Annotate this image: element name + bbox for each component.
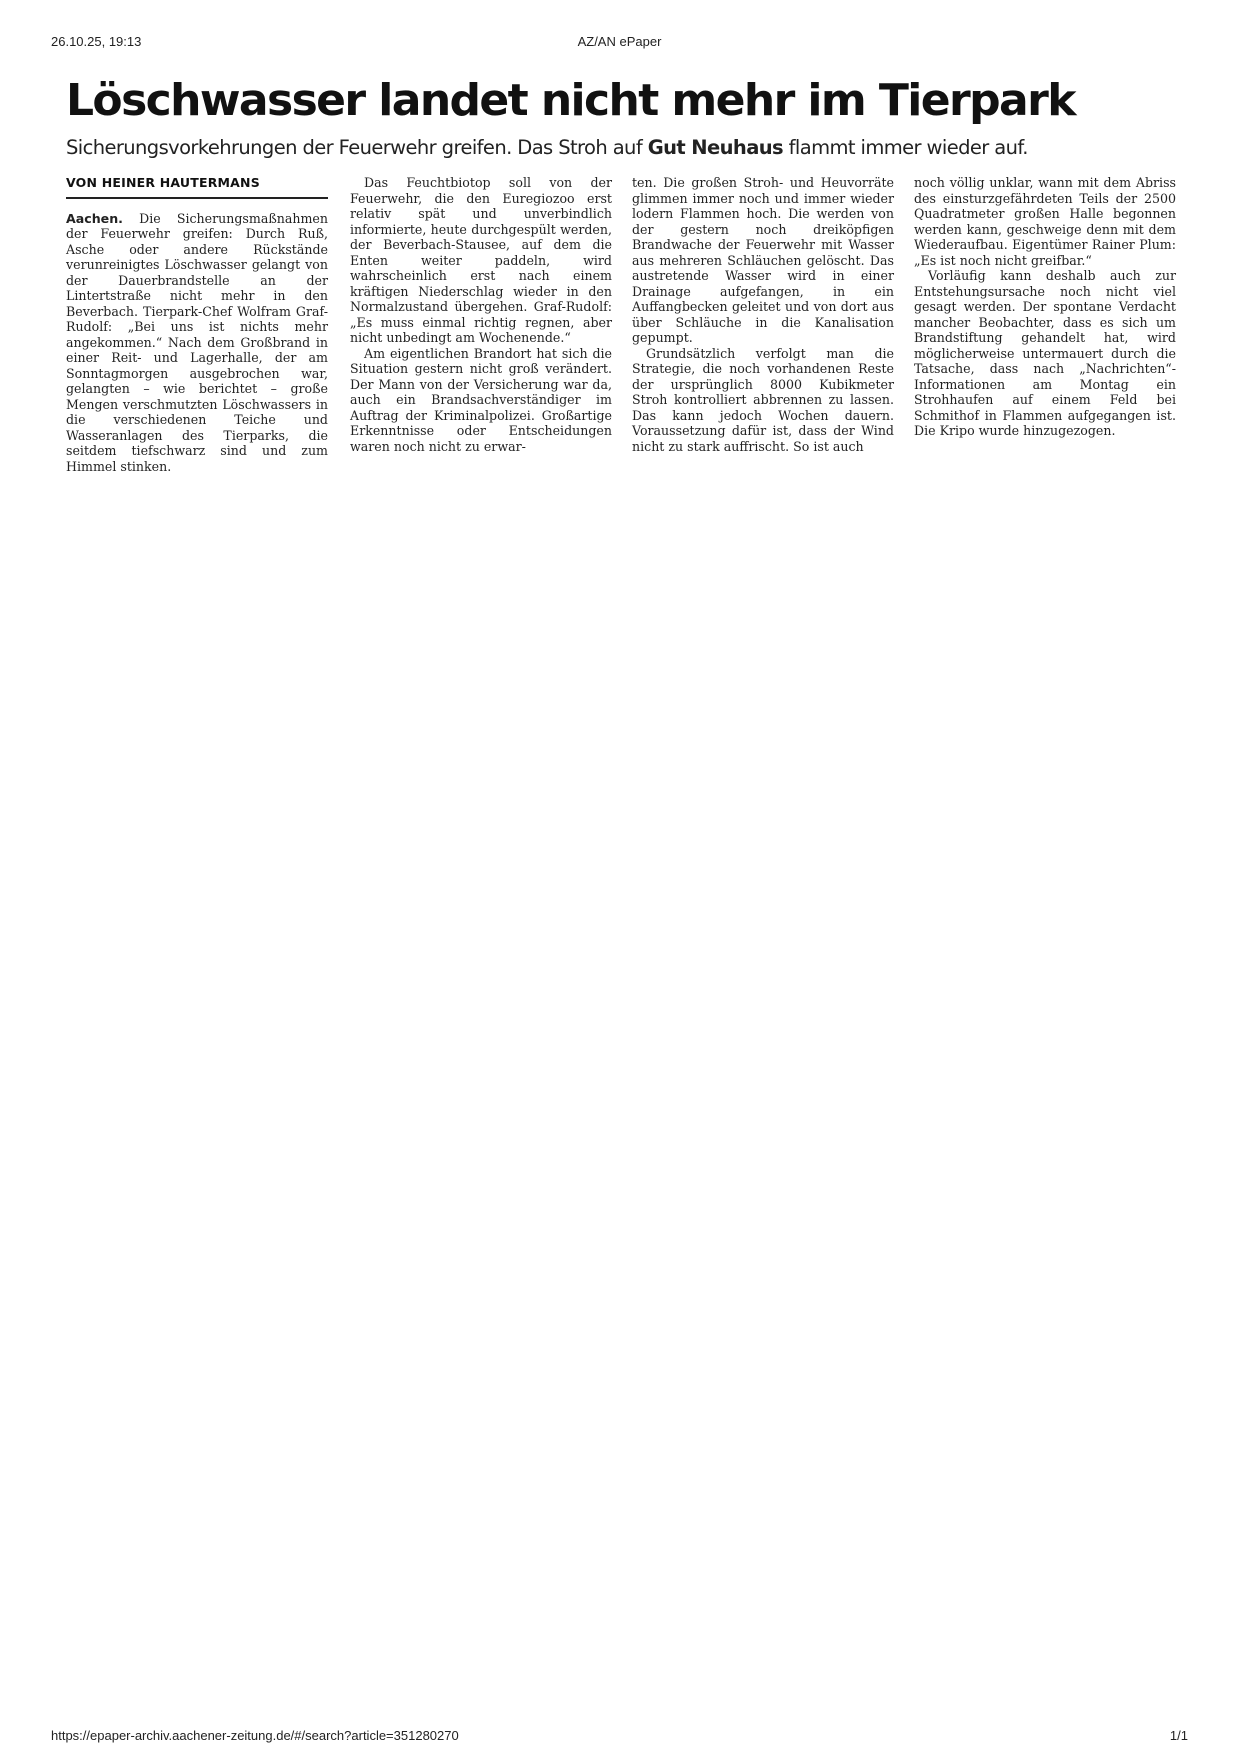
article-subheadline: Sicherungsvorkehrungen der Feuerwehr gre… xyxy=(66,136,1166,159)
subheadline-part2: flammt immer wieder auf. xyxy=(783,136,1028,159)
article-paragraph: ten. Die großen Stroh- und Heuvorräte gl… xyxy=(632,175,894,346)
subheadline-bold-place: Gut Neuhaus xyxy=(648,136,783,159)
article-paragraph: Grundsätzlich verfolgt man die Strategie… xyxy=(632,346,894,455)
article-paragraph: Vorläufig kann deshalb auch zur Entstehu… xyxy=(914,268,1176,439)
article-column-1: VON HEINER HAUTERMANS Aachen. Die Sicher… xyxy=(66,175,328,474)
print-title: AZ/AN ePaper xyxy=(0,34,1239,49)
article-body: VON HEINER HAUTERMANS Aachen. Die Sicher… xyxy=(66,175,1166,575)
article-paragraph: Aachen. Die Sicherungsmaßnahmen der Feue… xyxy=(66,211,328,475)
print-footer: https://epaper-archiv.aachener-zeitung.d… xyxy=(0,1728,1239,1746)
subheadline-part1: Sicherungsvorkehrungen der Feuerwehr gre… xyxy=(66,136,648,159)
article-clipping: Löschwasser landet nicht mehr im Tierpar… xyxy=(66,70,1166,575)
article-paragraph: Am eigentlichen Brandort hat sich die Si… xyxy=(350,346,612,455)
print-header: 26.10.25, 19:13 AZ/AN ePaper xyxy=(0,34,1239,52)
article-column-4: noch völlig unklar, wann mit dem Abriss … xyxy=(914,175,1176,439)
print-page-number: 1/1 xyxy=(1170,1728,1188,1743)
article-byline: VON HEINER HAUTERMANS xyxy=(66,175,328,199)
article-column-2: Das Feuchtbiotop soll von der Feuerwehr,… xyxy=(350,175,612,454)
article-paragraph-text: Die Sicherungsmaßnahmen der Feuerwehr gr… xyxy=(66,211,328,474)
print-source-url: https://epaper-archiv.aachener-zeitung.d… xyxy=(51,1728,459,1743)
article-paragraph: Das Feuchtbiotop soll von der Feuerwehr,… xyxy=(350,175,612,346)
article-headline: Löschwasser landet nicht mehr im Tierpar… xyxy=(66,70,1166,132)
article-column-3: ten. Die großen Stroh- und Heuvorräte gl… xyxy=(632,175,894,454)
article-paragraph: noch völlig unklar, wann mit dem Abriss … xyxy=(914,175,1176,268)
article-dateline: Aachen. xyxy=(66,211,123,226)
